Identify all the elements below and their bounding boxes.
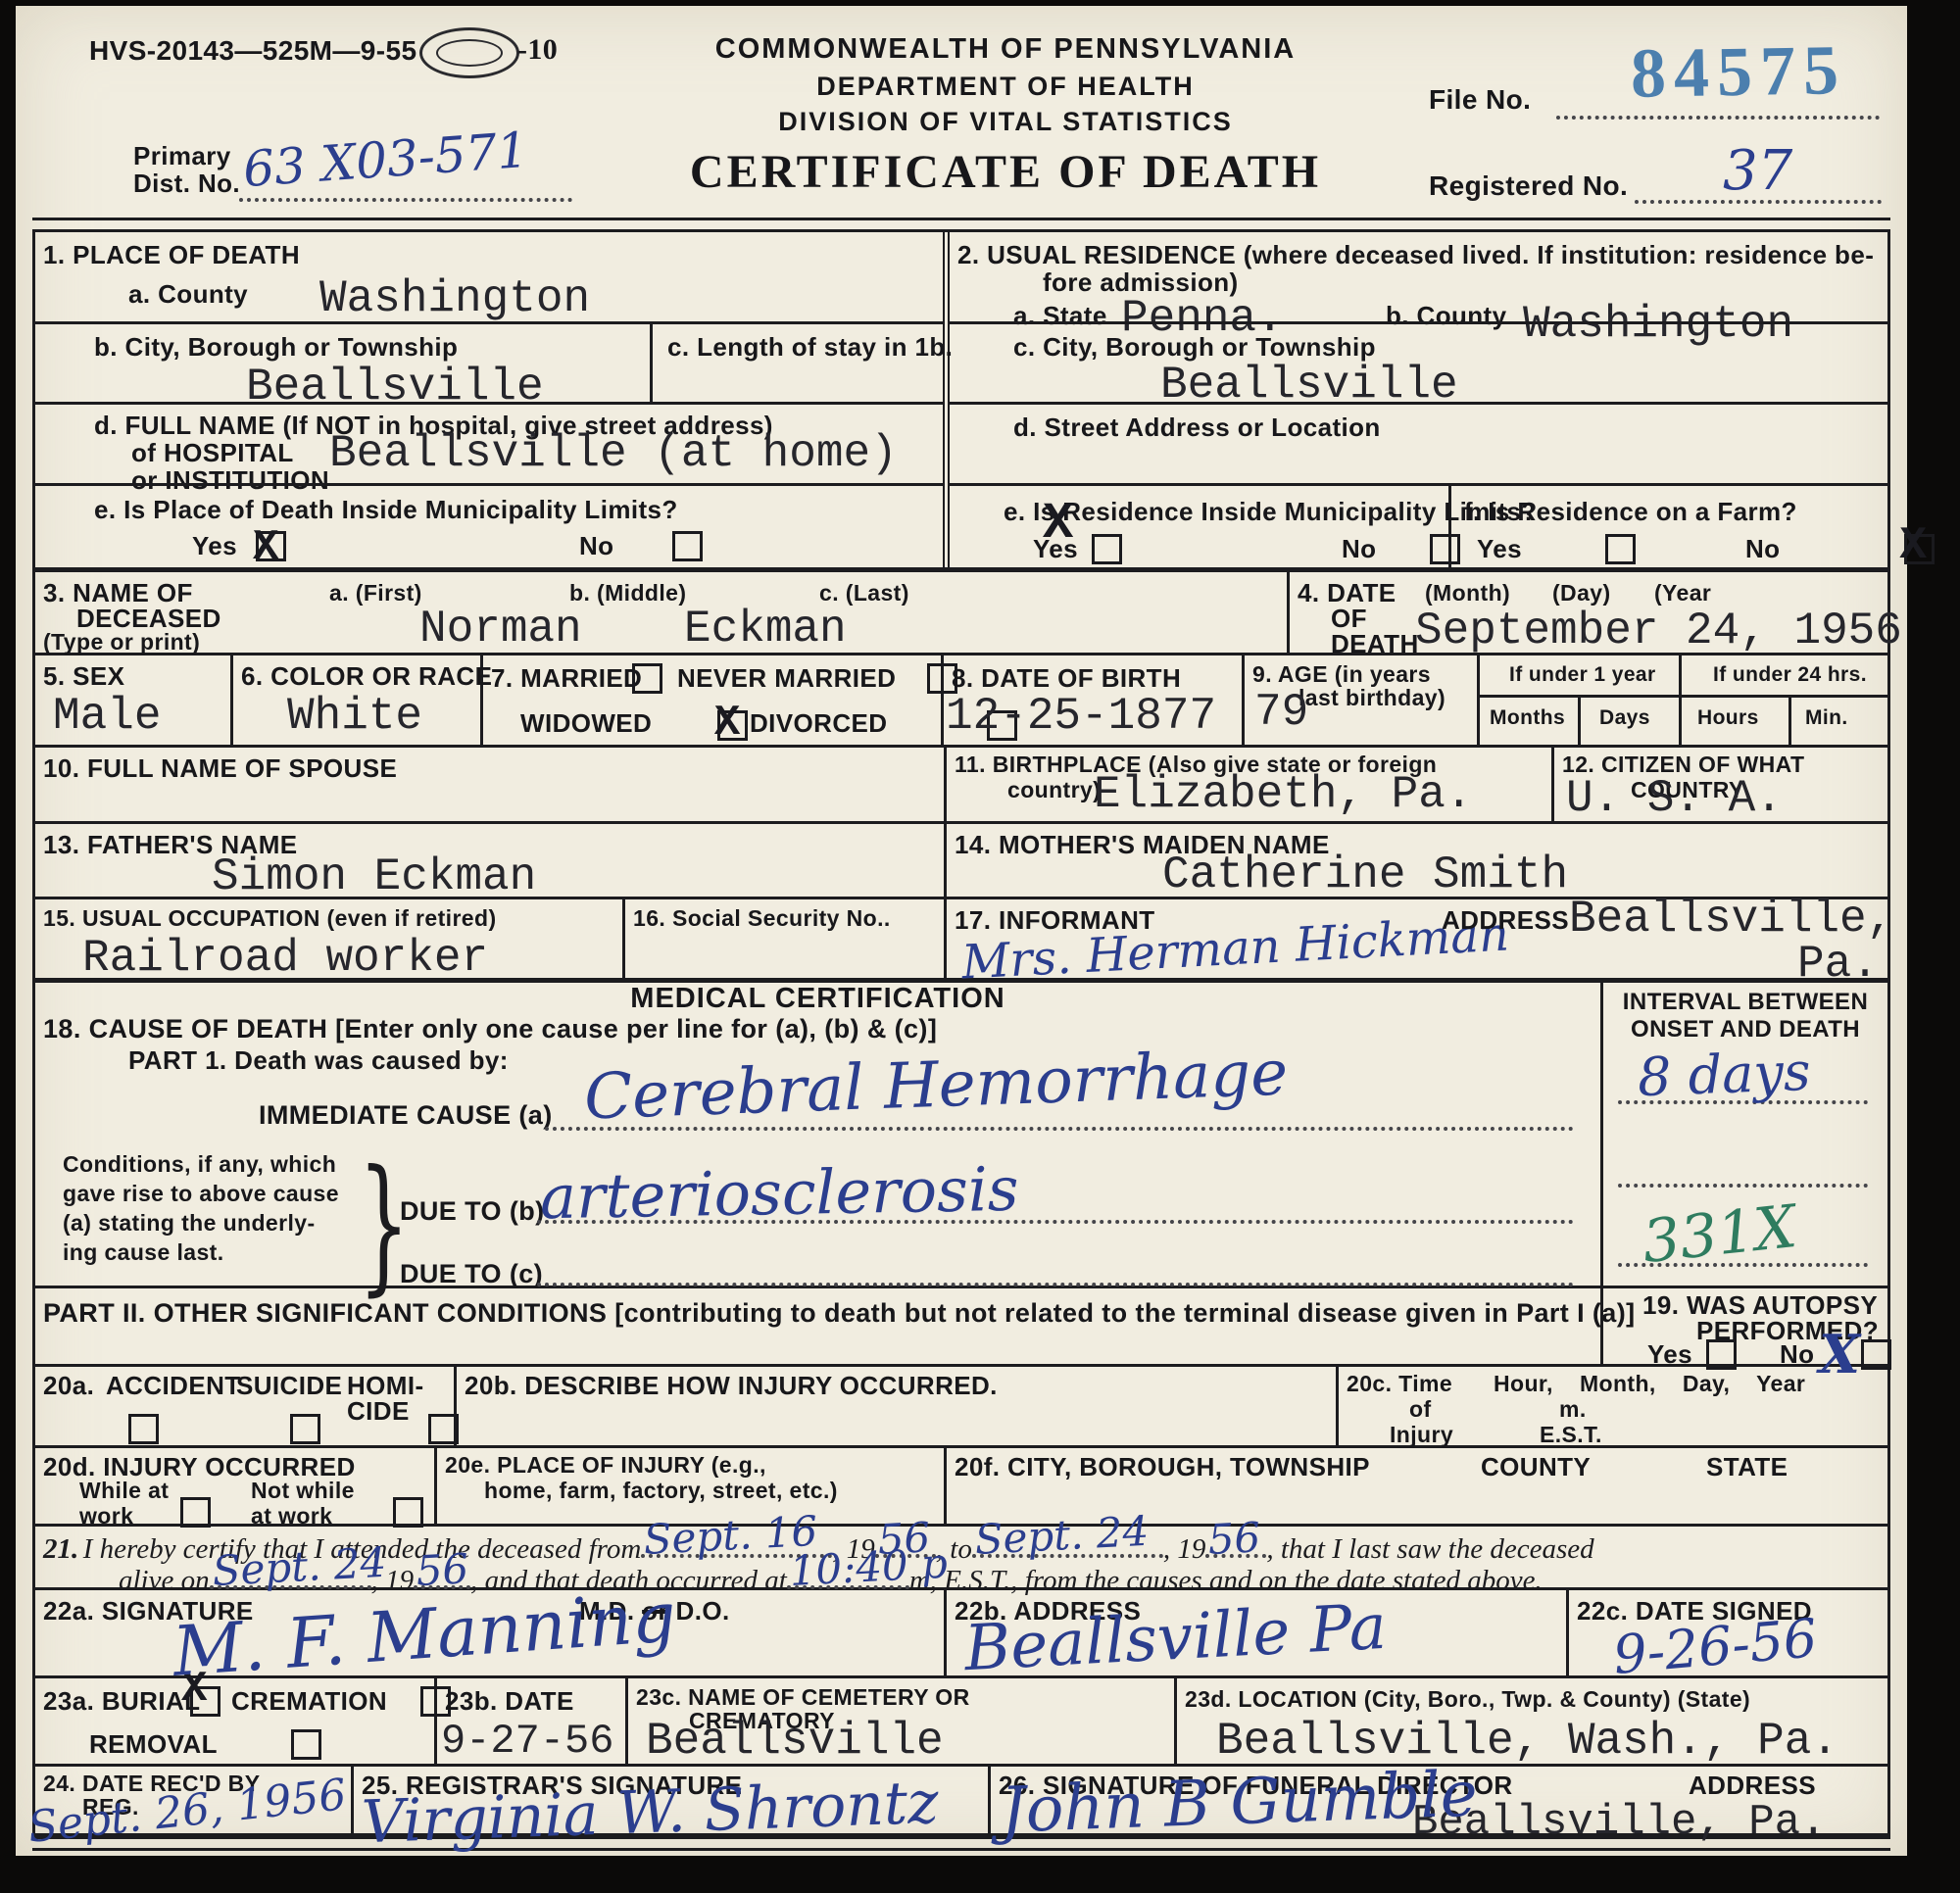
field-2d-street-label: d. Street Address or Location xyxy=(1013,413,1381,443)
checkbox-23a-burial: X xyxy=(190,1686,220,1717)
row-22-signature: 22a. SIGNATURE M.D. or D.O. M. F. Mannin… xyxy=(35,1590,1887,1678)
interval-title-2: ONSET AND DEATH xyxy=(1603,1016,1887,1044)
field-20c-m: m. xyxy=(1559,1396,1587,1423)
field-23c-title-1: 23c. NAME OF CEMETERY OR xyxy=(636,1684,970,1711)
section-12-citizen: 12. CITIZEN OF WHAT COUNTRY U. S. A. xyxy=(1554,748,1887,821)
row-spouse-birthplace: 10. FULL NAME OF SPOUSE 11. BIRTHPLACE (… xyxy=(35,748,1887,824)
field-16-title: 16. Social Security No.. xyxy=(633,905,891,932)
field-23d-title: 23d. LOCATION (City, Boro., Twp. & Count… xyxy=(1185,1686,1750,1713)
field-20d-whileat: While at xyxy=(79,1478,169,1504)
field-1a-county-label: a. County xyxy=(128,279,248,310)
field-2c-city-label: c. City, Borough or Township xyxy=(1013,332,1376,363)
checkbox-2e-yes xyxy=(1092,534,1122,564)
field-2f-label: f. Is Residence on a Farm? xyxy=(1464,497,1797,527)
section-22c-date-signed: 22c. DATE SIGNED 9-26-56 xyxy=(1569,1590,1887,1675)
field-6-title: 6. COLOR OR RACE xyxy=(241,661,492,692)
primary-dist-label-2: Dist. No. xyxy=(133,169,240,199)
field-20c-num-time: 20c. Time xyxy=(1347,1371,1452,1397)
field-4-month-label: (Month) xyxy=(1425,580,1510,607)
field-9-days-label: Days xyxy=(1599,706,1650,730)
checkbox-7-married xyxy=(632,663,662,694)
field-20a-num: 20a. xyxy=(43,1371,94,1401)
field-21-num: 21. xyxy=(43,1533,78,1565)
fill-to-year: 56 xyxy=(1205,1525,1266,1558)
x-mark: X xyxy=(253,526,278,569)
section-4-date-of-death: 4. DATE OF DEATH (Month) (Day) (Year Sep… xyxy=(1290,572,1887,653)
registered-no-label: Registered No. xyxy=(1429,170,1628,202)
x-mark: X xyxy=(714,702,740,745)
section-6-color-race: 6. COLOR OR RACE White xyxy=(233,655,483,745)
header: HVS-20143—525M—9-55 -10 Primary Dist. No… xyxy=(16,6,1907,218)
section-23a-disposition: 23a. BURIAL X CREMATION REMOVAL xyxy=(35,1678,437,1764)
field-2a-state-label: a. State xyxy=(1013,301,1107,331)
union-printing-stamp xyxy=(419,27,519,78)
section-25-registrar: 25. REGISTRAR'S SIGNATURE Virginia W. Sh… xyxy=(354,1767,991,1833)
field-21-alive-date: Sept. 24 xyxy=(211,1538,387,1595)
field-9-hours-label: Hours xyxy=(1697,706,1759,730)
section-10-spouse: 10. FULL NAME OF SPOUSE xyxy=(35,748,947,821)
field-1d-label-3: or INSTITUTION xyxy=(131,465,329,496)
checkbox-20d-not-while-at-work xyxy=(393,1497,423,1528)
field-23d-value: Beallsville, Wash., Pa. xyxy=(1216,1716,1838,1767)
primary-dist-value: 63 X03-571 xyxy=(241,121,529,198)
section-22a-signature: 22a. SIGNATURE M.D. or D.O. M. F. Mannin… xyxy=(35,1590,947,1675)
primary-dist-line xyxy=(239,198,572,202)
section-20a: 20a. ACCIDENT SUICIDE HOMI- CIDE xyxy=(35,1367,457,1445)
field-2e-label: e. Is Residence Inside Municipality Limi… xyxy=(1004,497,1538,527)
section-26-funeral-director: 26. SIGNATURE OF FUNERAL DIRECTOR ADDRES… xyxy=(991,1767,1887,1833)
field-20f-county: COUNTY xyxy=(1481,1452,1591,1482)
section-20d: 20d. INJURY OCCURRED While at work Not w… xyxy=(35,1448,437,1524)
field-18-cond-1: Conditions, if any, which xyxy=(63,1151,336,1178)
row-place-residence: 1. PLACE OF DEATH a. County Washington b… xyxy=(35,232,1887,572)
section-17-informant: 17. INFORMANT Mrs. Herman Hickman ADDRES… xyxy=(947,899,1887,978)
field-18a-label: IMMEDIATE CAUSE (a) xyxy=(259,1100,553,1131)
row-20abc: 20a. ACCIDENT SUICIDE HOMI- CIDE 20b. DE… xyxy=(35,1367,1887,1448)
field-20a-accident-label: ACCIDENT xyxy=(106,1371,241,1401)
x-mark-2e: X xyxy=(1043,499,1073,550)
field-1d-label-2: of HOSPITAL xyxy=(131,438,294,468)
field-7-never-label: NEVER MARRIED xyxy=(677,663,896,694)
field-1-title: 1. PLACE OF DEATH xyxy=(43,240,300,270)
stamp-suffix: -10 xyxy=(517,33,558,67)
field-18a-value: Cerebral Hemorrhage xyxy=(583,1037,1289,1134)
field-18b-label: DUE TO (b) xyxy=(400,1196,545,1227)
section-11-birthplace: 11. BIRTHPLACE (Also give state or forei… xyxy=(947,748,1554,821)
header-department: DEPARTMENT OF HEALTH xyxy=(623,72,1388,102)
row-sex-race-marital: 5. SEX Male 6. COLOR OR RACE White 7. MA… xyxy=(35,655,1887,748)
row-23-burial: 23a. BURIAL X CREMATION REMOVAL 23b. DAT… xyxy=(35,1678,1887,1767)
page-title: CERTIFICATE OF DEATH xyxy=(623,145,1388,199)
file-no-label: File No. xyxy=(1429,84,1531,116)
field-1d-value: Beallsville (at home) xyxy=(329,428,898,479)
section-9-age: 9. AGE (in years last birthday) 79 xyxy=(1245,655,1480,745)
checkbox-19-yes xyxy=(1706,1339,1737,1370)
fill-to-date: Sept. 24 xyxy=(972,1525,1163,1558)
divider xyxy=(950,483,1887,486)
field-19-yes-label: Yes xyxy=(1647,1339,1692,1370)
field-20c-injury: Injury xyxy=(1390,1422,1453,1448)
field-5-value: Male xyxy=(53,691,161,742)
primary-dist-label-1: Primary xyxy=(133,141,231,171)
field-3-first-value: Norman xyxy=(419,604,582,655)
field-18-cond-3: (a) stating the underly- xyxy=(63,1210,316,1237)
field-1e-no-label: No xyxy=(579,531,613,561)
field-20e-title-2: home, farm, factory, street, etc.) xyxy=(484,1478,838,1504)
field-2f-yes-label: Yes xyxy=(1477,534,1522,564)
field-2b-county-value: Washington xyxy=(1523,299,1793,350)
field-3-title-3: (Type or print) xyxy=(43,629,200,655)
section-20b: 20b. DESCRIBE HOW INJURY OCCURRED. xyxy=(457,1367,1339,1445)
row-father-mother: 13. FATHER'S NAME Simon Eckman 14. MOTHE… xyxy=(35,824,1887,899)
field-22a-value: M. F. Manning xyxy=(171,1577,679,1692)
field-23b-title: 23b. DATE xyxy=(445,1686,574,1717)
section-16-ssn: 16. Social Security No.. xyxy=(625,899,947,978)
checkbox-20a-suicide xyxy=(290,1414,320,1444)
field-2e-no-label: No xyxy=(1342,534,1376,564)
row-occupation-informant: 15. USUAL OCCUPATION (even if retired) R… xyxy=(35,899,1887,983)
form-code: HVS-20143—525M—9-55 xyxy=(89,35,416,67)
field-3-middle-value: Eckman xyxy=(684,604,847,655)
checkbox-1e-no xyxy=(672,531,703,561)
field-18-cond-4: ing cause last. xyxy=(63,1239,224,1266)
interval-title-1: INTERVAL BETWEEN xyxy=(1603,989,1887,1016)
field-1b-city-label: b. City, Borough or Township xyxy=(94,332,458,363)
divider xyxy=(1788,695,1791,748)
field-4-value: September 24, 1956 xyxy=(1415,606,1902,656)
field-4-year-label: (Year xyxy=(1654,580,1711,607)
section-7-marital-status: 7. MARRIED NEVER MARRIED WIDOWED X DIVOR… xyxy=(483,655,944,745)
field-1a-county-value: Washington xyxy=(319,273,590,324)
double-rule-top xyxy=(32,218,1890,232)
checkbox-20a-accident xyxy=(128,1414,159,1444)
field-14-value: Catherine Smith xyxy=(1162,849,1568,900)
field-20f-state: STATE xyxy=(1706,1452,1788,1482)
divider xyxy=(1679,655,1682,748)
interval-a-value: 8 days xyxy=(1637,1041,1812,1108)
field-11-title-2: country) xyxy=(1007,777,1101,803)
field-23a-cremation-label: CREMATION xyxy=(231,1686,387,1717)
divider xyxy=(950,321,1887,324)
field-1e-yes-label: Yes xyxy=(192,531,237,561)
field-6-value: White xyxy=(287,691,422,742)
section-21-certification: 21. I hereby certify that I attended the… xyxy=(35,1527,1887,1587)
field-2b-county-label: b. County xyxy=(1386,301,1506,331)
registered-no-value: 37 xyxy=(1723,139,1792,203)
part2-title: PART II. OTHER SIGNIFICANT CONDITIONS [c… xyxy=(43,1298,1636,1329)
row-medical-certification: MEDICAL CERTIFICATION 18. CAUSE OF DEATH… xyxy=(35,983,1887,1288)
field-5-title: 5. SEX xyxy=(43,661,124,692)
field-26-address-label: ADDRESS xyxy=(1689,1771,1816,1801)
field-9-months-label: Months xyxy=(1490,706,1565,730)
checkbox-2f-no: X xyxy=(1904,534,1935,564)
field-18-title: 18. CAUSE OF DEATH [Enter only one cause… xyxy=(43,1014,937,1044)
field-11-value: Elizabeth, Pa. xyxy=(1094,769,1472,820)
field-9-min-label: Min. xyxy=(1805,706,1848,730)
section-20c: 20c. Time of Injury Hour, Month, Day, Ye… xyxy=(1339,1367,1887,1445)
field-23c-value: Beallsville xyxy=(646,1716,944,1767)
fill-alive-date: Sept. 24 xyxy=(210,1556,371,1589)
header-commonwealth: COMMONWEALTH OF PENNSYLVANIA xyxy=(623,33,1388,66)
row-24-26: 24. DATE REC'D BY REG. Sept. 26, 1956 25… xyxy=(35,1767,1887,1833)
checkbox-7-widowed: X xyxy=(717,710,748,741)
field-17-address-value-1: Beallsville, xyxy=(1569,894,1893,945)
section-18-cause-of-death: MEDICAL CERTIFICATION 18. CAUSE OF DEATH… xyxy=(35,983,1603,1286)
checkbox-2f-yes xyxy=(1605,534,1636,564)
field-23b-value: 9-27-56 xyxy=(441,1718,613,1765)
field-3a-first-label: a. (First) xyxy=(329,580,422,607)
divider xyxy=(950,402,1887,405)
section-9-under-age-grid: If under 1 year If under 24 hrs. Months … xyxy=(1480,655,1887,745)
field-13-value: Simon Eckman xyxy=(212,851,536,902)
file-no-value: 84575 xyxy=(1630,29,1846,115)
divider xyxy=(35,483,943,486)
divider xyxy=(650,321,653,402)
field-20a-cide-label: CIDE xyxy=(347,1396,410,1427)
field-9-title-2: last birthday) xyxy=(1298,685,1445,711)
field-26-value: John B Gumble xyxy=(1000,1759,1479,1848)
field-20c-est: E.S.T. xyxy=(1540,1422,1602,1448)
form-box: 1. PLACE OF DEATH a. County Washington b… xyxy=(32,232,1890,1836)
field-9-value: 79 xyxy=(1254,687,1308,738)
interval-c-line xyxy=(1618,1263,1868,1267)
field-20c-time: Time xyxy=(1398,1371,1452,1396)
field-20c-cols: Hour, Month, Day, Year xyxy=(1494,1371,1805,1397)
field-1e-label: e. Is Place of Death Inside Municipality… xyxy=(94,495,678,525)
divider xyxy=(35,402,943,405)
field-2f-no-label: No xyxy=(1745,534,1780,564)
field-7-widowed-label: WIDOWED xyxy=(520,708,652,739)
section-23d-location: 23d. LOCATION (City, Boro., Twp. & Count… xyxy=(1177,1678,1887,1764)
fill-death-time: 10:40 p xyxy=(787,1556,909,1589)
checkbox-2e-no xyxy=(1430,534,1460,564)
section-18-interval-column: INTERVAL BETWEEN ONSET AND DEATH 8 days … xyxy=(1603,983,1887,1286)
file-no-line xyxy=(1556,116,1880,120)
section-23b-date: 23b. DATE 9-27-56 xyxy=(437,1678,628,1764)
checkbox-20d-while-at-work xyxy=(180,1497,211,1528)
field-20f-title: 20f. CITY, BOROUGH, TOWNSHIP xyxy=(955,1452,1370,1482)
checkbox-19-no xyxy=(1861,1339,1891,1370)
field-19-no-label: No xyxy=(1780,1339,1814,1370)
field-21-alive-year: 56 xyxy=(416,1544,470,1595)
header-center: COMMONWEALTH OF PENNSYLVANIA DEPARTMENT … xyxy=(623,33,1388,199)
field-9-under24-label: If under 24 hrs. xyxy=(1713,663,1867,687)
field-20c-num: 20c. xyxy=(1347,1371,1392,1396)
divider xyxy=(35,321,943,324)
field-18b-value: arteriosclerosis xyxy=(539,1153,1019,1234)
section-19-autopsy: 19. WAS AUTOPSY PERFORMED? Yes No X xyxy=(1603,1288,1887,1364)
field-4-day-label: (Day) xyxy=(1552,580,1611,607)
field-3b-middle-label: b. (Middle) xyxy=(569,580,686,607)
section-2-usual-residence: 2. USUAL RESIDENCE (where deceased lived… xyxy=(950,232,1887,567)
field-17-address-label: ADDRESS xyxy=(1442,905,1569,936)
field-2-title-1: 2. USUAL RESIDENCE (where deceased lived… xyxy=(957,240,1874,270)
field-7-divorced-label: DIVORCED xyxy=(750,708,887,739)
checkbox-1e-yes: X xyxy=(256,531,286,561)
divider xyxy=(1480,695,1887,698)
field-1c-length-label: c. Length of stay in 1b. xyxy=(667,332,953,363)
row-21-certify: 21. I hereby certify that I attended the… xyxy=(35,1527,1887,1590)
divider xyxy=(1578,695,1581,748)
field-20a-suicide-label: SUICIDE xyxy=(236,1371,342,1401)
medical-certification-title: MEDICAL CERTIFICATION xyxy=(35,983,1600,1015)
field-3c-last-label: c. (Last) xyxy=(819,580,909,607)
field-20e-title-1: 20e. PLACE OF INJURY (e.g., xyxy=(445,1452,766,1479)
header-division: DIVISION OF VITAL STATISTICS xyxy=(623,107,1388,137)
section-1-place-of-death: 1. PLACE OF DEATH a. County Washington b… xyxy=(35,232,950,567)
interval-b-line xyxy=(1618,1184,1868,1188)
section-part2: PART II. OTHER SIGNIFICANT CONDITIONS [c… xyxy=(35,1288,1603,1364)
field-15-value: Railroad worker xyxy=(82,933,488,984)
x-mark: X xyxy=(1899,523,1927,568)
field-8-title: 8. DATE OF BIRTH xyxy=(952,663,1181,694)
fill-alive-year: 56 xyxy=(414,1556,470,1589)
section-3-name-of-deceased: 3. NAME OF DECEASED (Type or print) a. (… xyxy=(35,572,1290,653)
field-21-death-time: 10:40 p xyxy=(788,1539,949,1595)
section-22b-address: 22b. ADDRESS Beallsville Pa xyxy=(947,1590,1569,1675)
section-14-mother: 14. MOTHER'S MAIDEN NAME Catherine Smith xyxy=(947,824,1887,897)
row-part2-autopsy: PART II. OTHER SIGNIFICANT CONDITIONS [c… xyxy=(35,1288,1887,1367)
checkbox-23a-removal xyxy=(291,1729,321,1760)
field-18c-label: DUE TO (c) xyxy=(400,1259,543,1289)
checkbox-20a-homicide xyxy=(428,1414,459,1444)
field-18-cond-2: gave rise to above cause xyxy=(63,1181,339,1207)
field-20d-notwhile: Not while xyxy=(251,1478,355,1504)
row-20def: 20d. INJURY OCCURRED While at work Not w… xyxy=(35,1448,1887,1527)
section-24-date-received: 24. DATE REC'D BY REG. Sept. 26, 1956 xyxy=(35,1767,354,1833)
section-15-occupation: 15. USUAL OCCUPATION (even if retired) R… xyxy=(35,899,625,978)
field-7-married-label: 7. MARRIED xyxy=(491,663,642,694)
field-8-value: 12-25-1877 xyxy=(946,691,1216,742)
field-12-value: U. S. A. xyxy=(1566,773,1783,824)
field-18-part1: PART 1. Death was caused by: xyxy=(128,1045,509,1076)
section-13-father: 13. FATHER'S NAME Simon Eckman xyxy=(35,824,947,897)
field-23a-removal-label: REMOVAL xyxy=(89,1729,218,1760)
cause-c-line xyxy=(537,1283,1574,1286)
section-23c-cemetery: 23c. NAME OF CEMETERY OR CREMATORY Beall… xyxy=(628,1678,1177,1764)
field-15-title: 15. USUAL OCCUPATION (even if retired) xyxy=(43,905,497,932)
field-20c-of: of xyxy=(1409,1396,1432,1423)
section-8-date-of-birth: 8. DATE OF BIRTH 12-25-1877 xyxy=(944,655,1245,745)
field-10-title: 10. FULL NAME OF SPOUSE xyxy=(43,753,397,784)
field-20b-title: 20b. DESCRIBE HOW INJURY OCCURRED. xyxy=(465,1371,998,1401)
field-9-title-1: 9. AGE (in years xyxy=(1252,661,1431,688)
field-9-under1yr-label: If under 1 year xyxy=(1509,663,1656,687)
row-name-dateofdeath: 3. NAME OF DECEASED (Type or print) a. (… xyxy=(35,572,1887,655)
field-1b-city-value: Beallsville xyxy=(246,362,544,413)
certificate-paper: HVS-20143—525M—9-55 -10 Primary Dist. No… xyxy=(16,6,1907,1856)
section-5-sex: 5. SEX Male xyxy=(35,655,233,745)
do-label: D.O. xyxy=(676,1596,730,1626)
